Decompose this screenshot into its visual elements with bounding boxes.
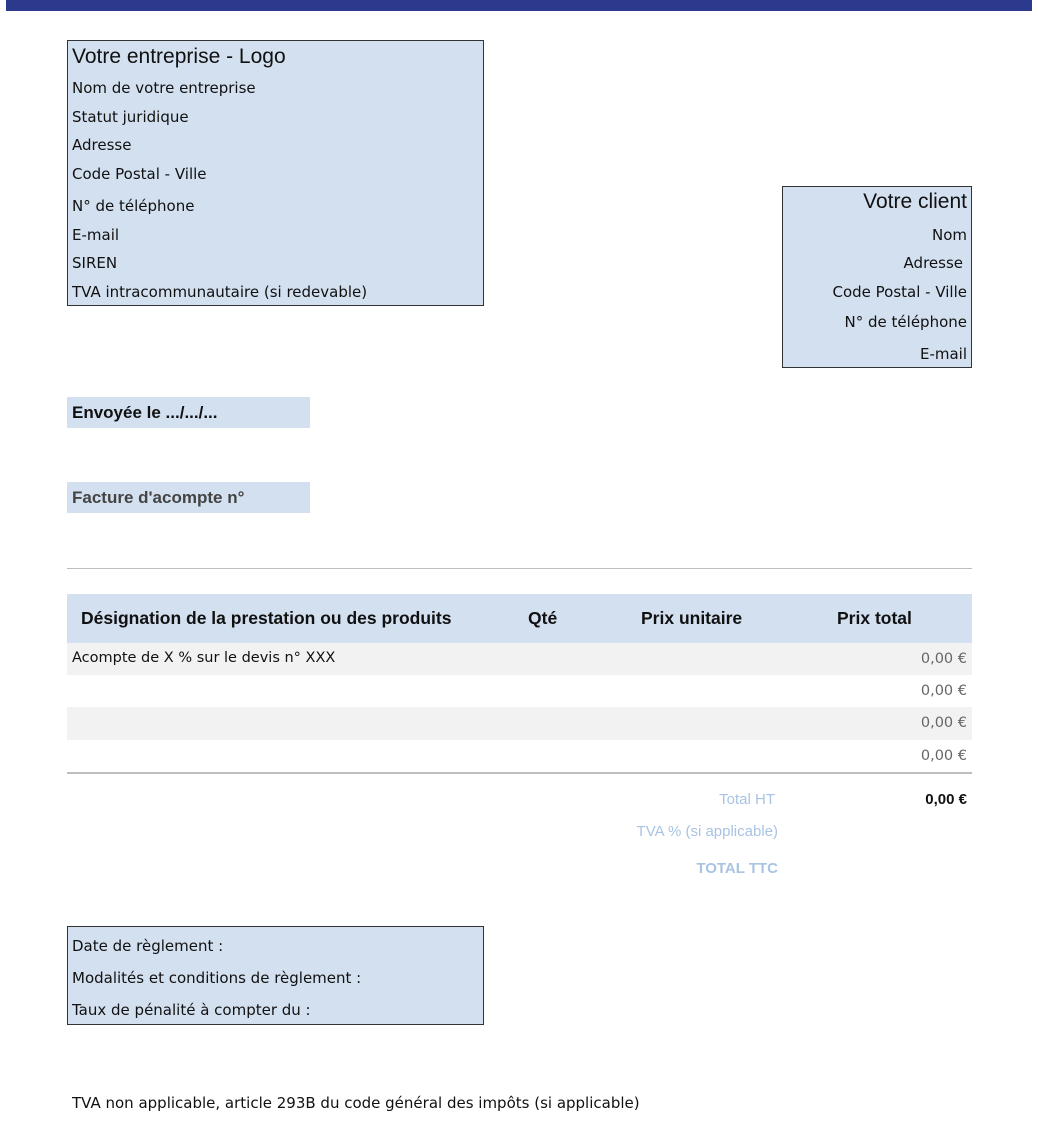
tva-label: TVA % (si applicable): [637, 823, 778, 840]
company-phone: N° de téléphone: [72, 197, 194, 215]
table-row: 0,00 €: [67, 707, 972, 740]
col-total-price: Prix total: [837, 608, 912, 629]
col-qty: Qté: [528, 608, 557, 629]
payment-terms: Modalités et conditions de règlement :: [72, 969, 361, 987]
client-phone: N° de téléphone: [845, 313, 967, 331]
row-designation: Acompte de X % sur le devis n° XXX: [72, 650, 335, 666]
client-address: Adresse: [904, 254, 963, 272]
penalty-rate: Taux de pénalité à compter du :: [72, 1001, 311, 1019]
payment-info-box: Date de règlement : Modalités et conditi…: [67, 926, 484, 1025]
total-ht-label: Total HT: [719, 791, 775, 808]
row-total: 0,00 €: [921, 715, 967, 731]
vat-footer-note: TVA non applicable, article 293B du code…: [72, 1094, 640, 1112]
company-address: Adresse: [72, 136, 131, 154]
client-postal-city: Code Postal - Ville: [832, 283, 967, 301]
company-title: Votre entreprise - Logo: [72, 45, 286, 69]
company-legal-status: Statut juridique: [72, 108, 189, 126]
table-row: 0,00 €: [67, 740, 972, 772]
client-title: Votre client: [863, 190, 967, 214]
company-email: E-mail: [72, 226, 119, 244]
header-bar: [6, 0, 1032, 11]
invoice-number-field: Facture d'acompte n°: [67, 482, 310, 513]
client-info-box: Votre client Nom Adresse Code Postal - V…: [782, 186, 972, 368]
col-designation: Désignation de la prestation ou des prod…: [81, 608, 451, 629]
company-vat: TVA intracommunautaire (si redevable): [72, 283, 367, 301]
table-header: Désignation de la prestation ou des prod…: [67, 594, 972, 643]
company-postal-city: Code Postal - Ville: [72, 165, 207, 183]
total-ttc-label: TOTAL TTC: [696, 860, 778, 877]
client-name: Nom: [932, 226, 967, 244]
client-email: E-mail: [920, 345, 967, 363]
row-total: 0,00 €: [921, 748, 967, 764]
sent-date-field: Envoyée le .../.../...: [67, 397, 310, 428]
company-siren: SIREN: [72, 254, 117, 272]
company-info-box: Votre entreprise - Logo Nom de votre ent…: [67, 40, 484, 306]
row-total: 0,00 €: [921, 651, 967, 667]
row-total: 0,00 €: [921, 683, 967, 699]
col-unit-price: Prix unitaire: [641, 608, 742, 629]
table-row: Acompte de X % sur le devis n° XXX 0,00 …: [67, 643, 972, 675]
divider: [67, 568, 972, 569]
table-bottom-divider: [67, 772, 972, 774]
company-name: Nom de votre entreprise: [72, 79, 256, 97]
payment-date: Date de règlement :: [72, 937, 223, 955]
total-ht-value: 0,00 €: [925, 791, 967, 808]
table-row: 0,00 €: [67, 675, 972, 707]
